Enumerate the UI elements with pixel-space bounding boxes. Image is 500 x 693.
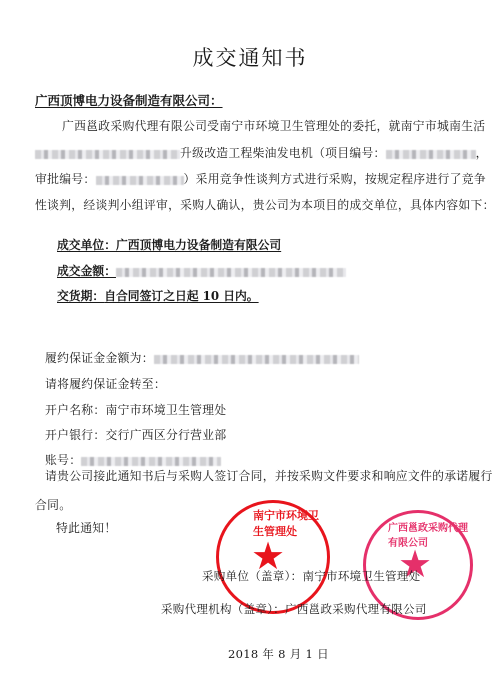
intro-line-2: 升级改造工程柴油发电机（项目编号：，	[35, 144, 488, 161]
purchaser-stamp-text: 南宁市环境卫生管理处	[253, 507, 327, 539]
intro-line-3: 审批编号：）采用竞争性谈判方式进行采购，按规定程序进行了竞争	[35, 170, 486, 187]
purchaser-signature: 采购单位（盖章）：南宁市环境卫生管理处	[202, 568, 420, 584]
addressee: 广西顶博电力设备制造有限公司：	[35, 91, 223, 109]
intro-line-4: 性谈判，经谈判小组评审，采购人确认，贵公司为本项目的成交单位，具体内容如下：	[35, 196, 495, 213]
closing-line-2: 合同。	[35, 496, 71, 513]
redacted-amount	[116, 268, 346, 277]
redacted-approval-number	[96, 176, 184, 185]
notice: 特此通知！	[56, 519, 117, 536]
redacted-account-number	[81, 457, 221, 466]
agency-signature: 采购代理机构（盖章）：广西邕政采购代理有限公司	[161, 601, 427, 617]
deposit-transfer: 请将履约保证金转至：	[45, 375, 166, 392]
award-amount: 成交金额：	[57, 262, 346, 279]
award-delivery: 交货期：自合同签订之日起 10 日内。	[57, 287, 259, 304]
purchaser-stamp: ★ 南宁市环境卫生管理处	[216, 500, 330, 614]
award-unit: 成交单位：广西顶博电力设备制造有限公司	[57, 236, 281, 253]
document-title: 成交通知书	[0, 42, 500, 72]
agency-stamp-text: 广西邕政采购代理有限公司	[388, 519, 470, 549]
redacted-project-name	[35, 150, 180, 159]
redacted-project-number	[386, 150, 476, 159]
account-number: 账号：	[45, 451, 221, 468]
account-name: 开户名称：南宁市环境卫生管理处	[45, 401, 226, 418]
account-bank: 开户银行：交行广西区分行营业部	[45, 426, 226, 443]
date: 2018 年 8 月 1 日	[228, 646, 329, 662]
deposit-amount: 履约保证金金额为：	[45, 349, 359, 366]
closing-line-1: 请贵公司接此通知书后与采购人签订合同，并按采购文件要求和响应文件的承诺履行	[45, 467, 493, 484]
intro-line-1: 广西邕政采购代理有限公司受南宁市环境卫生管理处的委托，就南宁市城南生活	[62, 117, 485, 134]
redacted-deposit	[154, 355, 359, 364]
